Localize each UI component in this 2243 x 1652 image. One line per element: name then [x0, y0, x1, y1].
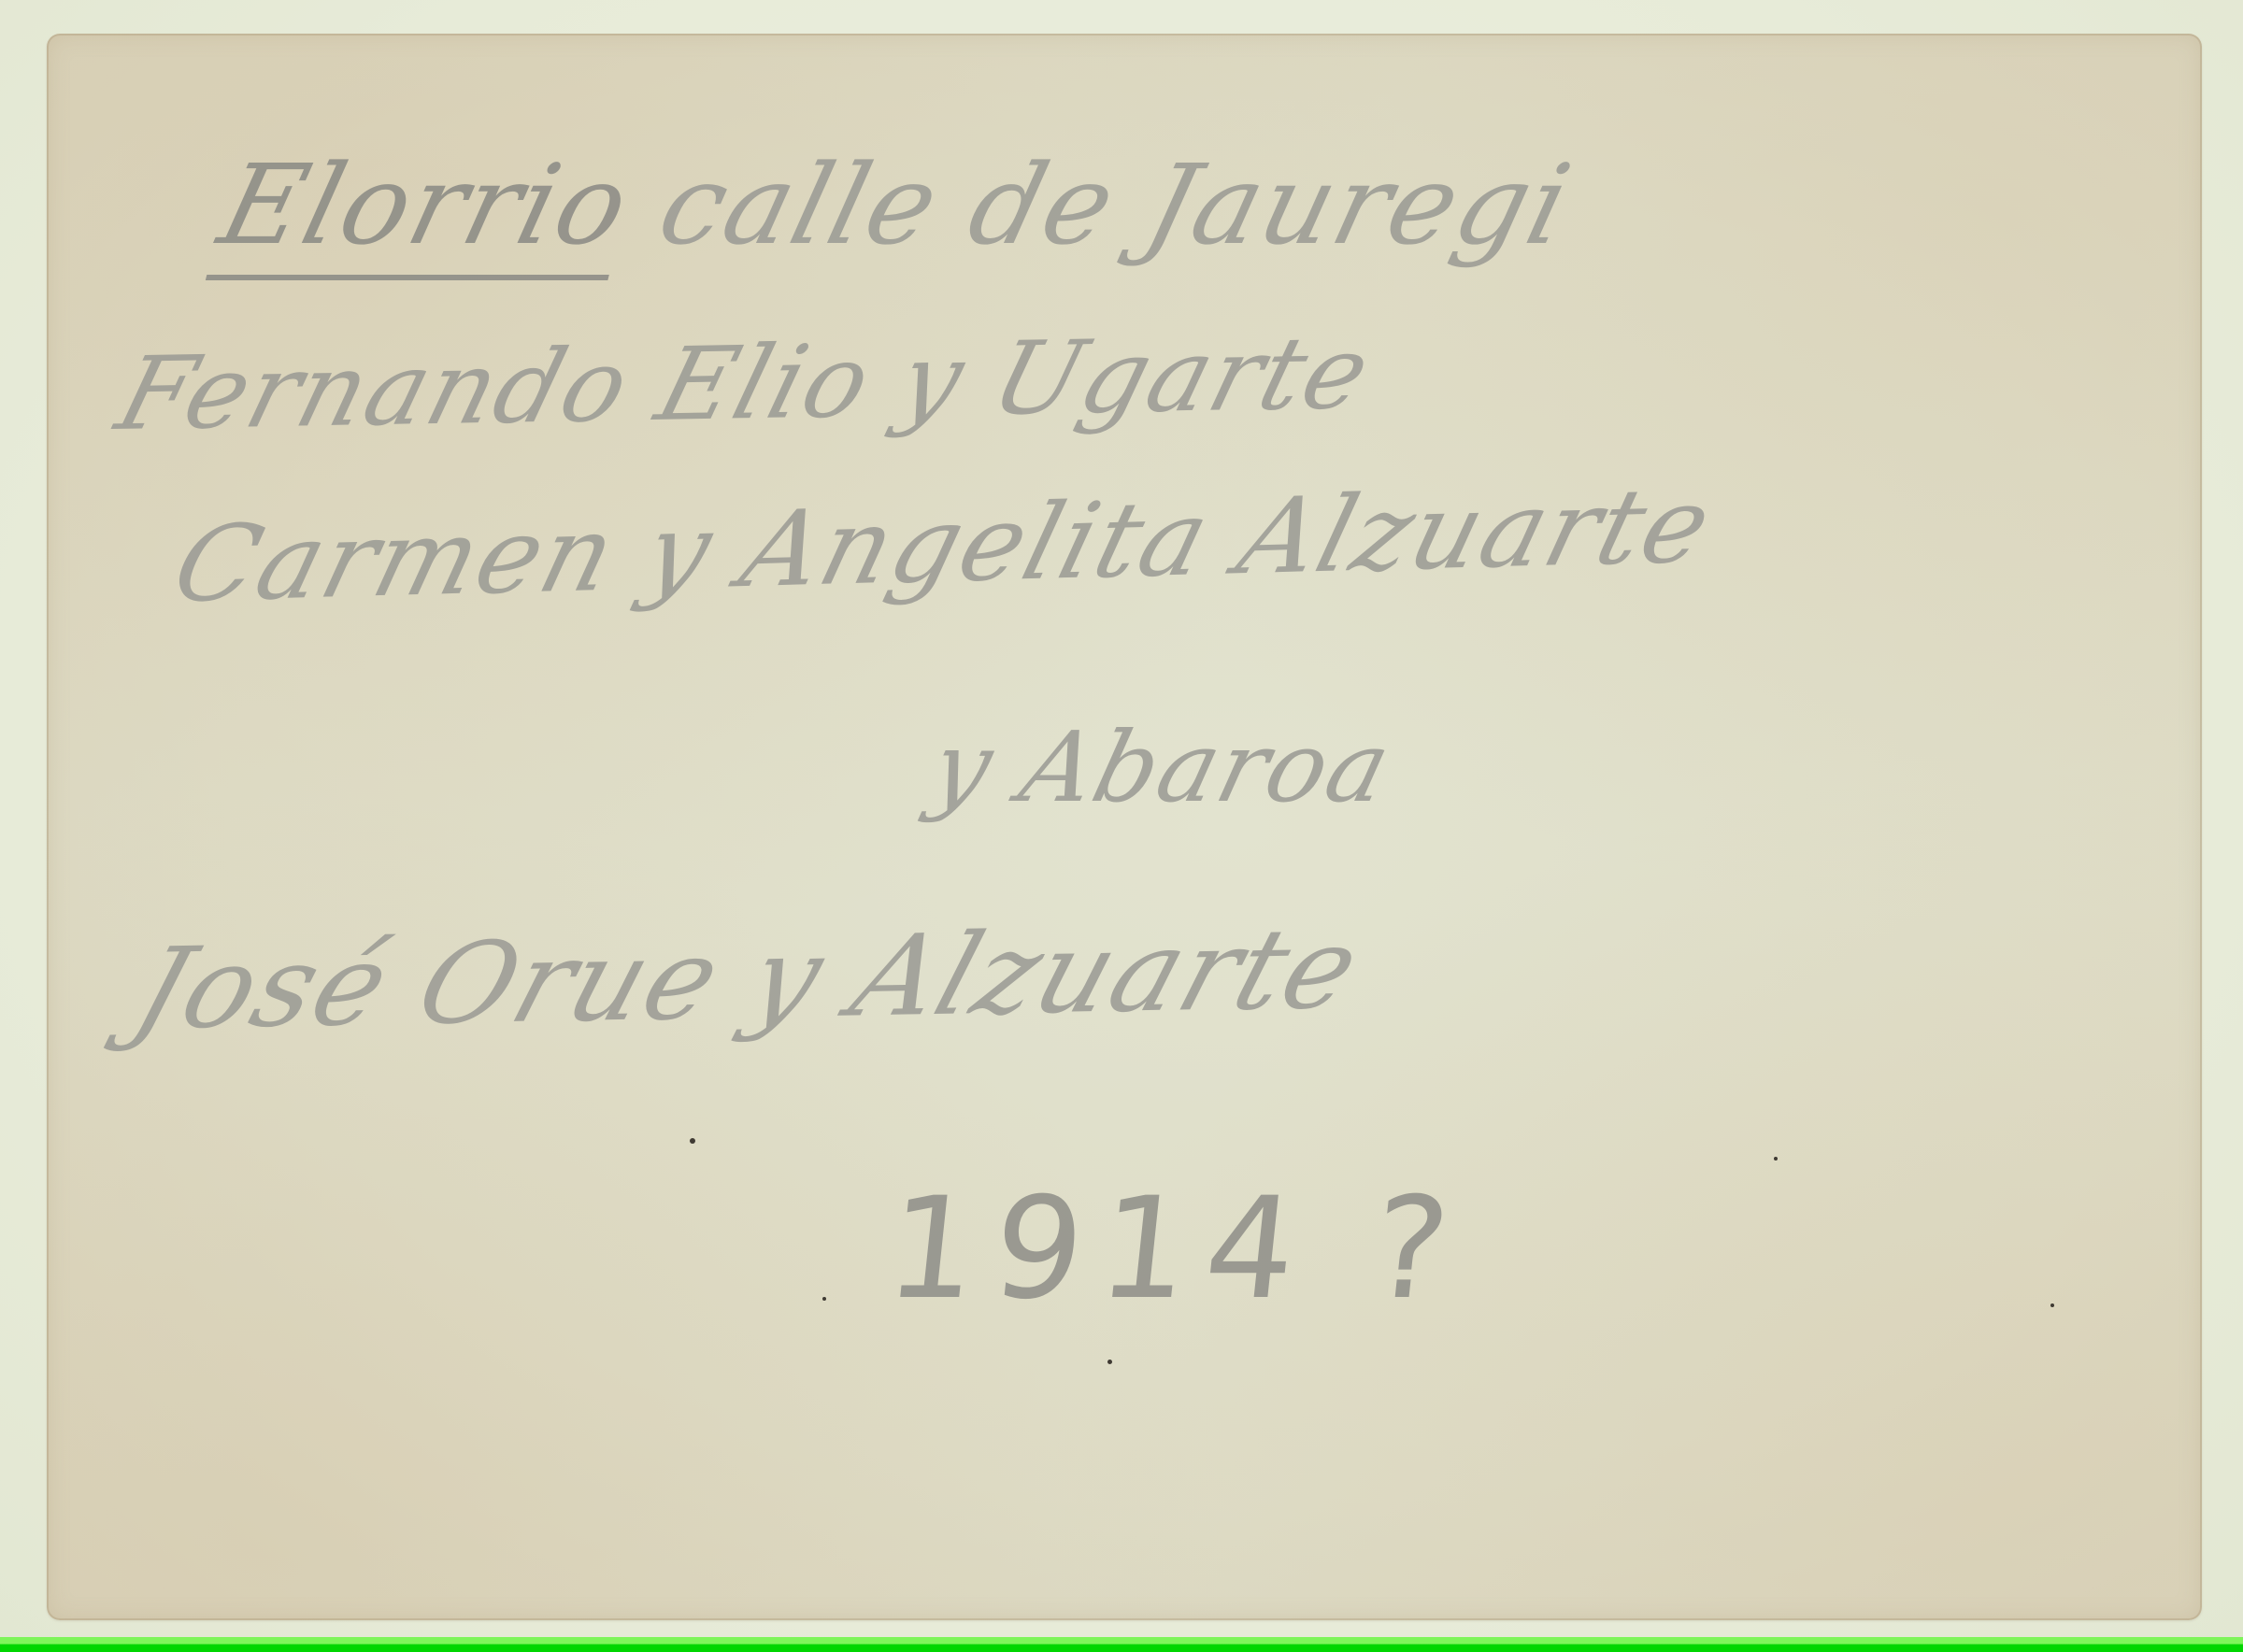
street-name: calle de Jauregi: [648, 140, 1584, 269]
photo-card-back: [47, 34, 2202, 1620]
inscription-line-2: Fernando Elio y Ugarte: [106, 315, 1383, 453]
inscription-line-1: Elorrio calle de Jauregi: [208, 140, 1584, 269]
inscription-line-5: José Orue y Alzuarte: [121, 904, 1376, 1055]
paper-speck: [690, 1138, 695, 1144]
paper-speck: [1774, 1157, 1778, 1161]
paper-speck: [2050, 1303, 2054, 1307]
inscription-date: 1914 ?: [879, 1168, 1473, 1331]
place-name-underlined: Elorrio: [208, 140, 643, 269]
paper-speck: [822, 1297, 826, 1301]
paper-speck: [1107, 1360, 1112, 1364]
footer-bar: [0, 1637, 2243, 1652]
inscription-line-4: y Abaroa: [921, 710, 1403, 824]
